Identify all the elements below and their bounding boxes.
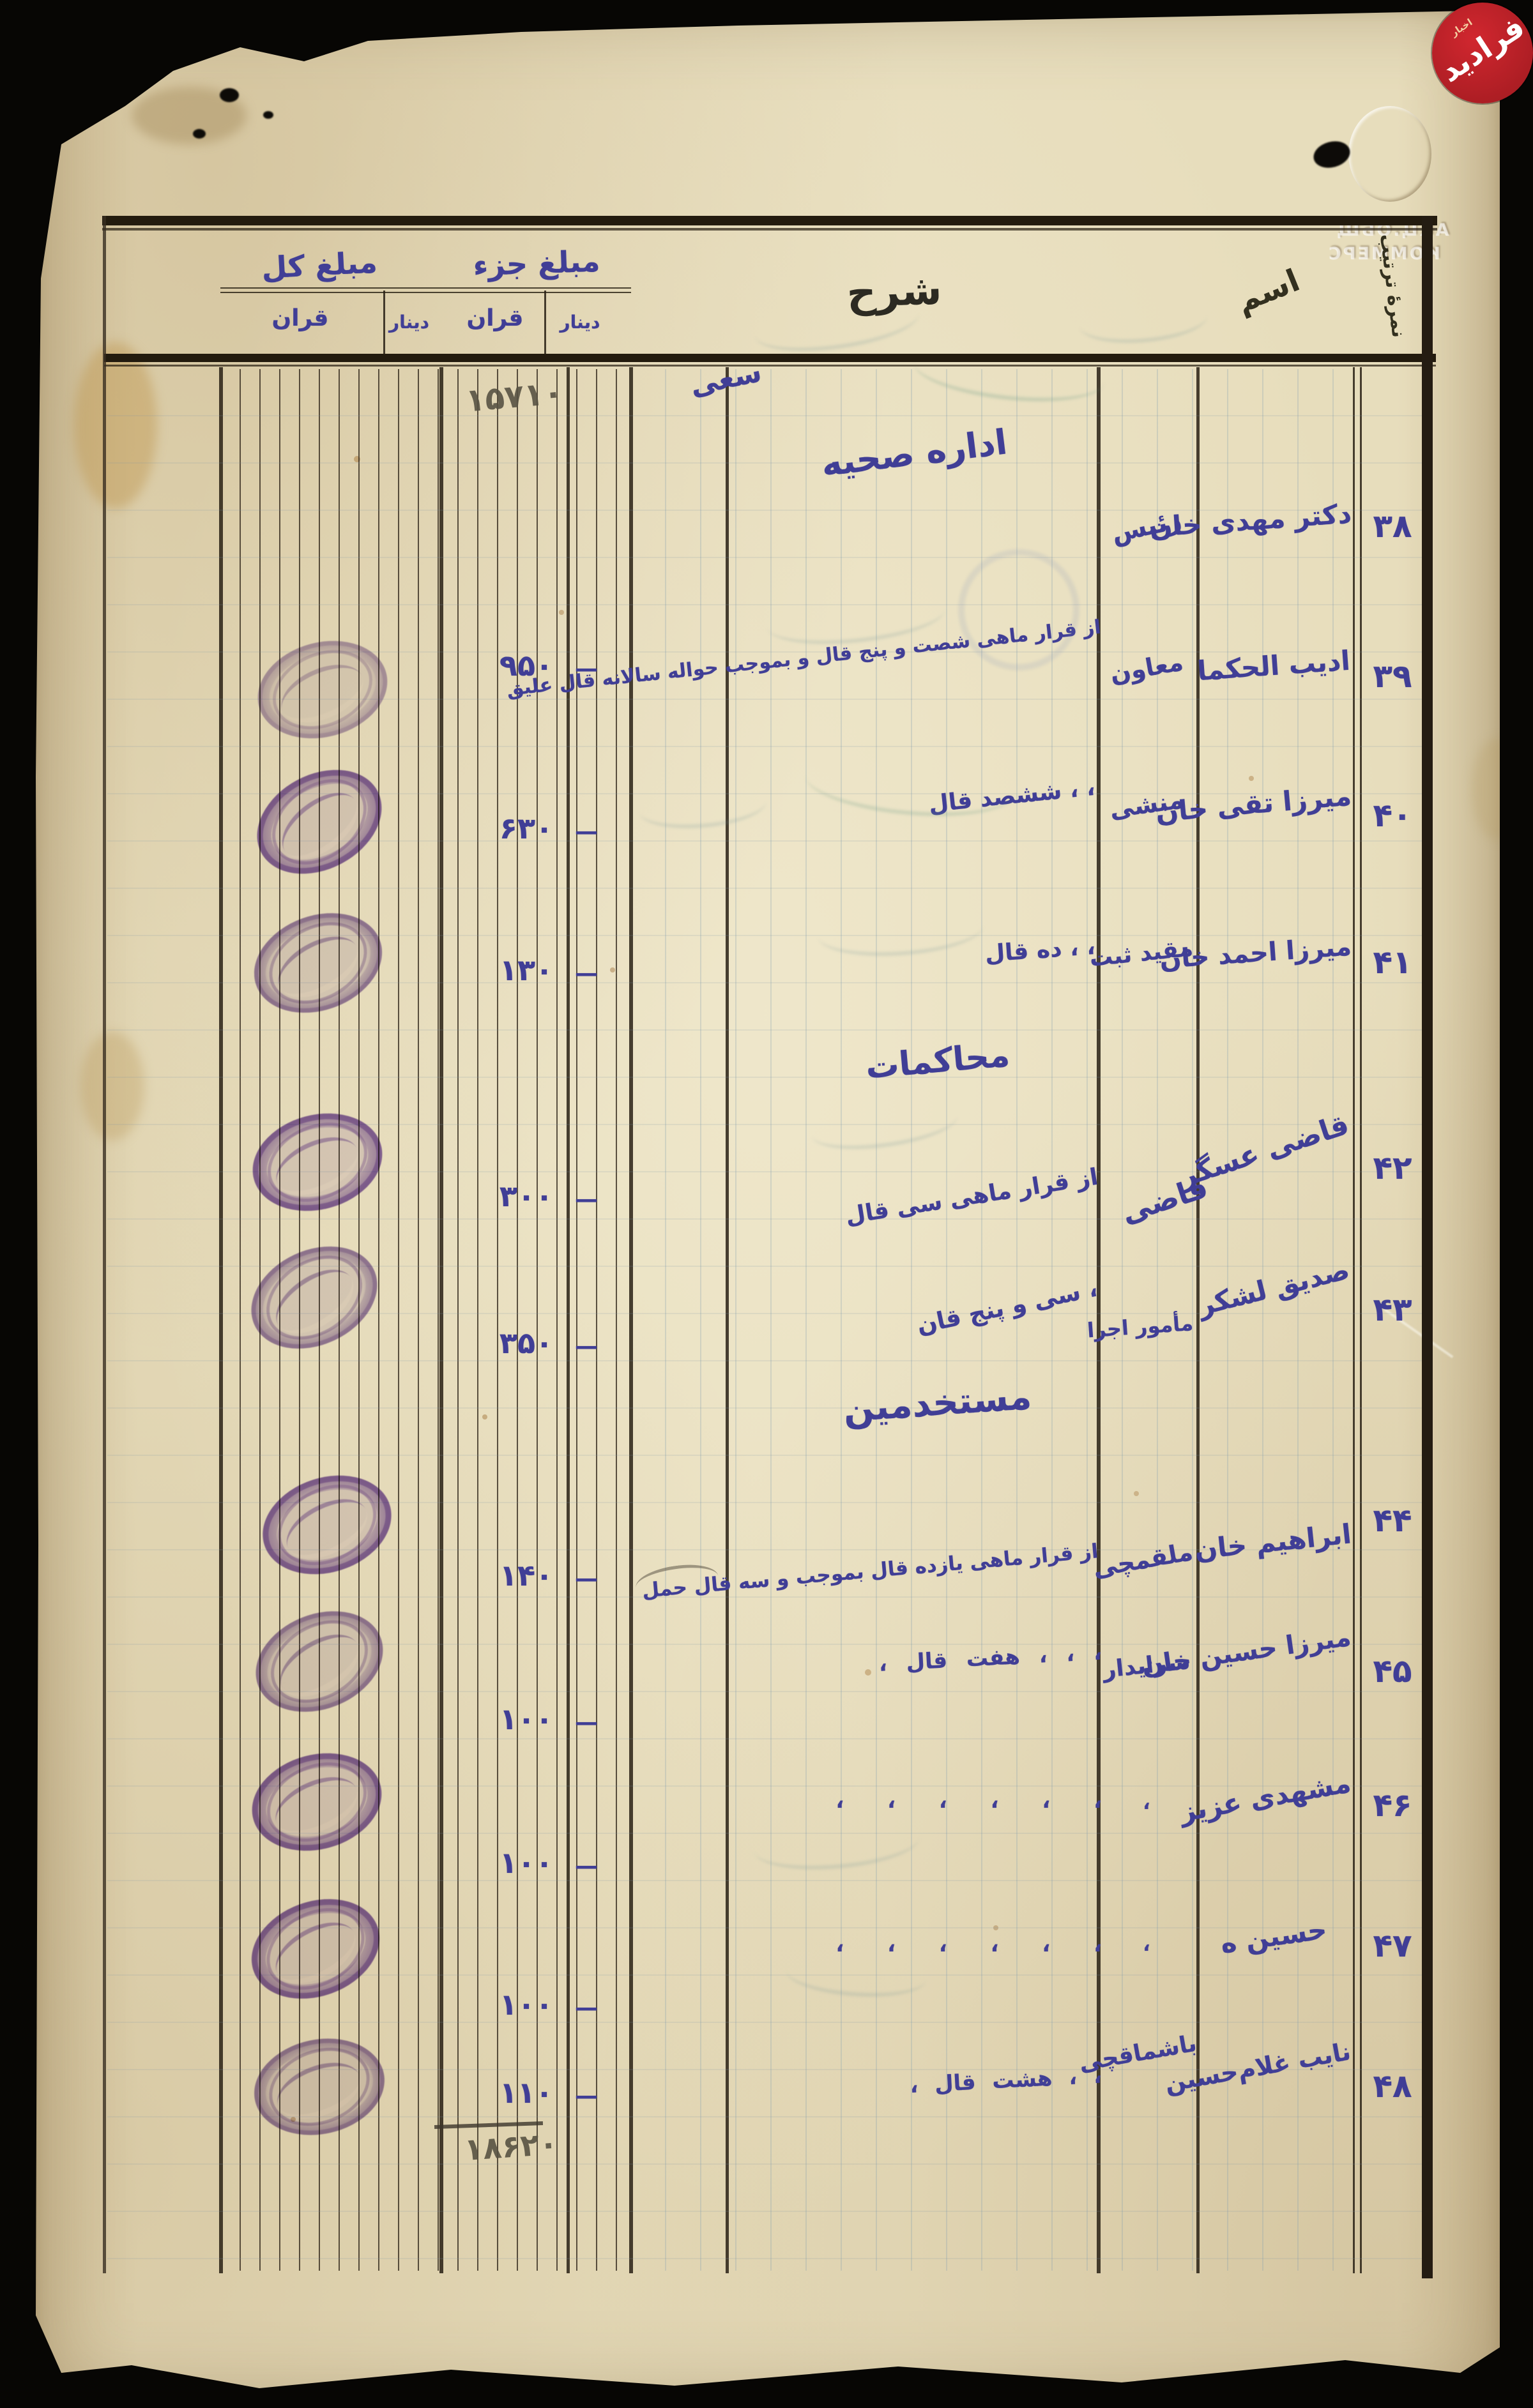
row-number: ۴۴ [1364,1502,1421,1539]
row-amount-dinar-dash: — [568,656,604,682]
bleed-through-mark [751,289,922,360]
row-amount-dinar-dash: — [568,1186,604,1213]
logo-tagline: اخبار [1449,17,1474,39]
row-description: ، ، ، ، ، ، [747,1932,1102,1957]
header-total-amount-label: مبلغ كل [229,243,409,287]
row-amount-qiran: ۱۱۰ [493,2075,560,2110]
table-right-border [1422,216,1433,2278]
row-amount-qiran: ۱۰۰ [493,1702,560,1736]
row-amount-qiran: ۳۵۰ [493,1326,560,1360]
header-sub-rule [220,287,631,289]
row-amount-dinar-dash: — [568,2083,604,2109]
table-top-rule [102,216,1437,225]
scanned-ledger-photo: { "logo": { "brand": "فرادید", "tagline"… [0,0,1533,2408]
header-sub-rule [220,292,631,293]
row-number: ۴۰ [1364,797,1421,834]
row-amount-dinar-dash: — [568,1566,604,1592]
table-top-rule-thin [102,228,1437,231]
logo-brand: فرادید [1431,7,1533,91]
row-title: ، [1100,1792,1193,1814]
row-amount-dinar-dash: — [568,1709,604,1736]
row-amount-qiran: ۶۳۰ [493,811,560,845]
row-number: ۴۵ [1364,1653,1421,1690]
embossed-crest [1348,106,1431,202]
header-total-dinar-label: دينار [376,312,443,333]
row-number: ۴۲ [1364,1149,1421,1186]
row-number: ۴۳ [1364,1291,1421,1328]
faint-round-stamp [958,549,1079,670]
row-number: ۴۱ [1364,944,1421,981]
row-amount-dinar-dash: — [568,1333,604,1359]
row-number: ۴۸ [1364,2068,1421,2105]
row-amount-qiran: ۱۰۰ [493,1845,560,1880]
header-partial-dinar-label: دينار [544,312,616,333]
header-total-qiran-label: قران [246,305,355,331]
faradeed-watermark-logo: اخبار فرادید [1432,3,1533,103]
row-description: ، ، ، ، ، ، [747,1788,1102,1814]
row-amount-qiran: ۱۳۰ [493,953,560,987]
header-partial-qiran-label: قران [447,305,543,331]
row-number: ۴۶ [1364,1787,1421,1824]
row-amount-qiran: ۹۵۰ [493,648,560,683]
row-number: ۴۷ [1364,1927,1421,1964]
header-bottom-rule-thin [104,365,1436,367]
row-number: ۳۹ [1364,658,1421,695]
bleed-through-mark [1078,294,1209,347]
row-number: ۳۸ [1364,508,1421,545]
paper-stain [1472,738,1523,840]
row-amount-qiran: ۳۰۰ [493,1179,560,1213]
row-amount-dinar-dash: — [568,819,604,845]
paper-hole [220,88,239,102]
header-bottom-rule [104,354,1436,362]
paper-hole [193,129,206,139]
header-name-label: اسم [1211,254,1325,328]
row-amount-dinar-dash: — [568,1995,604,2021]
ledger-page: АКЦ.ОБЩ КОММЕРС مبلغ كل قران دينار مبلغ … [36,10,1500,2401]
row-amount-dinar-dash: — [568,960,604,987]
row-amount-dinar-dash: — [568,1853,604,1879]
header-partial-amount-label: مبلغ جزء [446,243,627,284]
paper-hole [263,111,273,119]
row-title: ، [1100,1934,1193,1956]
row-amount-qiran: ۱۴۰ [493,1558,560,1593]
row-amount-qiran: ۱۰۰ [493,1987,560,2022]
table-left-border [103,216,106,2273]
foxing-speckles [36,10,40,14]
